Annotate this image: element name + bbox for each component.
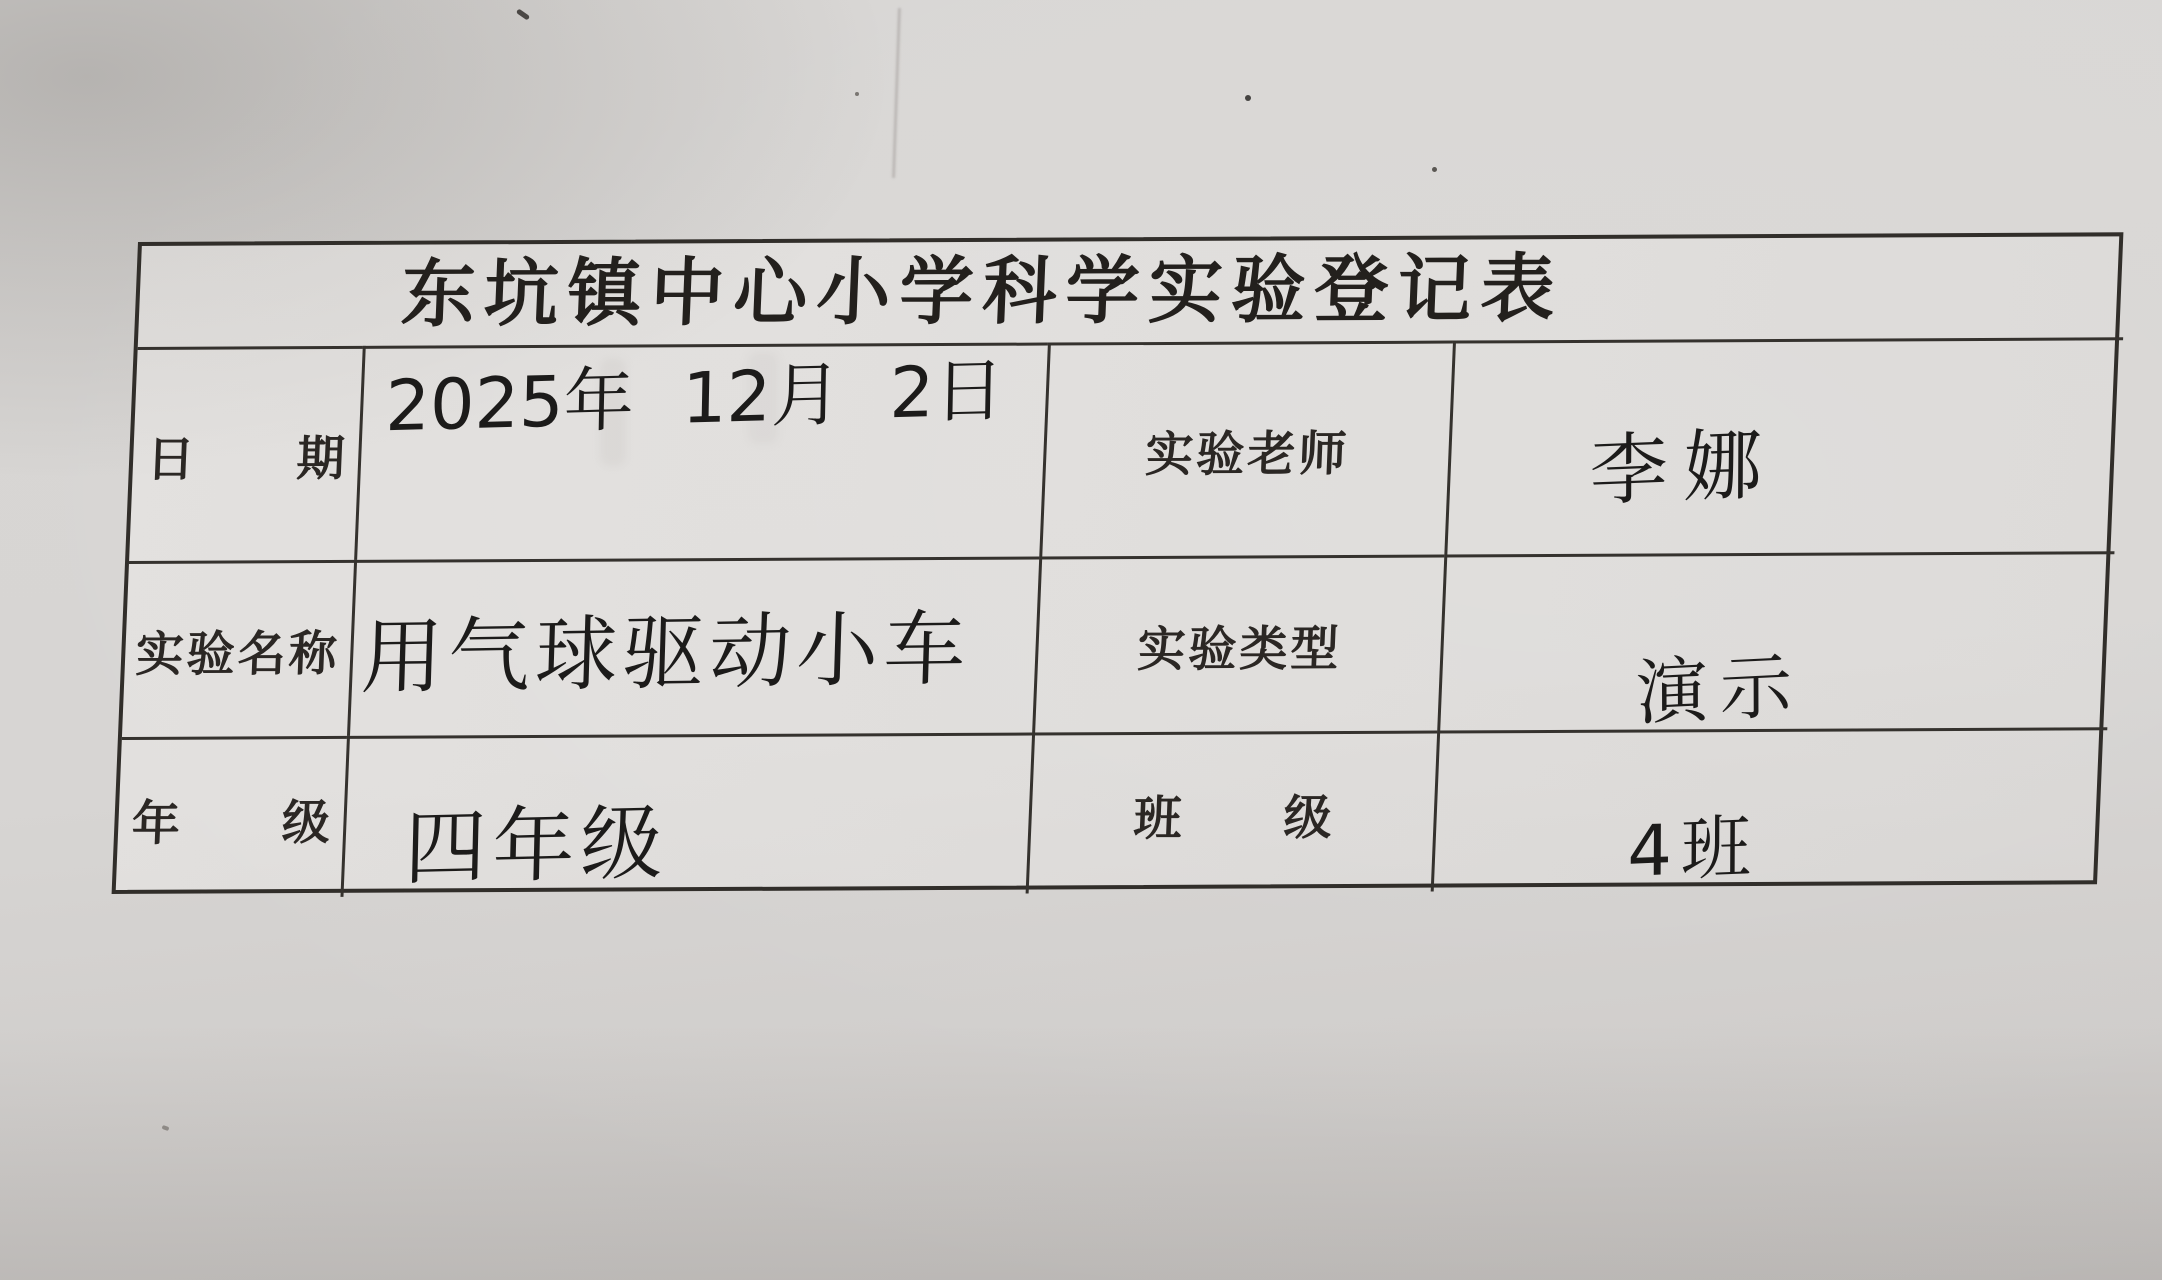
experiment-name-label-cell: 实验名称 xyxy=(122,560,354,737)
experiment-type-label: 实验类型 xyxy=(1136,610,1343,680)
paper-speck xyxy=(1245,95,1251,101)
class-handwritten-value: 4班 xyxy=(1627,812,1760,887)
photo-background: 东坑镇中心小学科学实验登记表 日期 2025年 12月 2日 实验老师 李娜 实… xyxy=(0,0,2162,1280)
class-label-cell: 班级 xyxy=(1026,731,1438,894)
date-handwritten-value: 2025年 12月 2日 xyxy=(385,355,1005,441)
date-label: 日期 xyxy=(145,420,346,490)
registration-form-table: 东坑镇中心小学科学实验登记表 日期 2025年 12月 2日 实验老师 李娜 实… xyxy=(112,232,2124,894)
paper-speck xyxy=(855,92,859,96)
experiment-type-value-cell: 演示 xyxy=(1437,551,2114,730)
grade-label: 年级 xyxy=(131,783,332,853)
experiment-name-label: 实验名称 xyxy=(135,615,342,685)
date-label-cell: 日期 xyxy=(129,346,363,561)
experiment-name-value-cell: 用气球驱动小车 xyxy=(347,557,1039,736)
class-label: 班级 xyxy=(1132,779,1333,849)
experiment-name-handwritten-value: 用气球驱动小车 xyxy=(360,608,972,699)
teacher-label-cell: 实验老师 xyxy=(1039,341,1453,557)
form-title: 东坑镇中心小学科学实验登记表 xyxy=(399,230,1566,342)
grade-handwritten-value: 四年级 xyxy=(403,803,669,891)
experiment-type-label-cell: 实验类型 xyxy=(1032,555,1444,733)
experiment-type-handwritten-value: 演示 xyxy=(1636,649,1804,729)
grade-label-cell: 年级 xyxy=(115,736,347,898)
teacher-handwritten-value: 李娜 xyxy=(1590,425,1779,510)
paper-crease xyxy=(892,8,901,178)
paper-speck xyxy=(1432,167,1437,172)
grade-value-cell: 四年级 xyxy=(340,733,1032,897)
teacher-label: 实验老师 xyxy=(1144,415,1351,485)
paper-speck xyxy=(162,1125,170,1131)
teacher-value-cell: 李娜 xyxy=(1444,337,2123,554)
form-title-cell: 东坑镇中心小学科学实验登记表 xyxy=(138,236,2128,347)
paper-speck xyxy=(516,8,530,20)
class-value-cell: 4班 xyxy=(1431,727,2108,891)
date-value-cell: 2025年 12月 2日 xyxy=(354,343,1048,560)
